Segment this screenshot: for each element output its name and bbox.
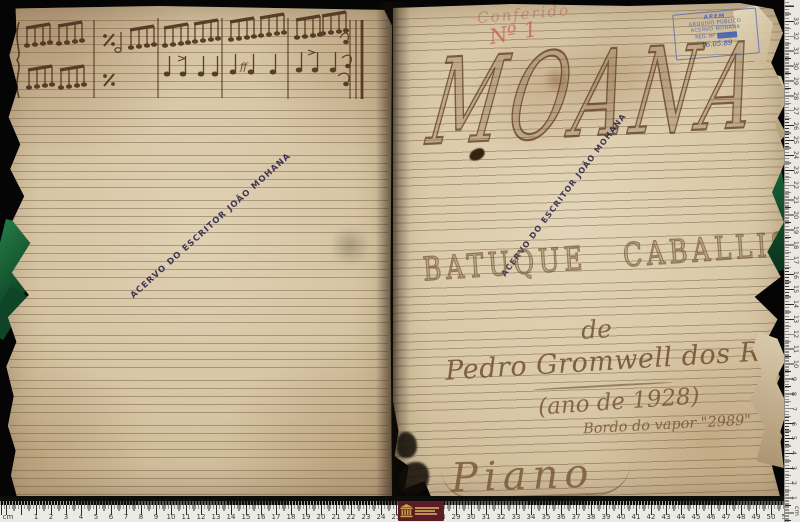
ruler-number: 11 [182,513,191,521]
ruler-number: 29 [452,513,461,521]
ruler-number: 12 [792,330,800,338]
ruler-number: 7 [790,407,798,411]
ruler-number: 29 [792,77,800,85]
ruler-number: 25 [792,136,800,144]
stain [543,65,569,95]
badge-text-lines [415,507,439,515]
ruler-number: 47 [722,513,731,521]
ruler-number: 16 [792,270,800,278]
ruler-number: 38 [587,513,596,521]
ruler-number: 17 [792,255,800,263]
ink-smudge [330,226,370,266]
book-gutter-shadow [376,2,410,500]
archive-watermark-stamp: ACERVO DO ESCRITOR JOÃO MOHANA [129,151,294,301]
ruler-number: 8 [139,513,143,521]
manuscript-right-page: Conferido Nº 1 APEM ARQUIVO PÚBLICO ACER… [393,3,787,501]
cover-subtitle: BATUQUE CABALLISTICO [422,219,800,288]
ruler-number: 22 [792,181,800,189]
ruler-number: 12 [197,513,206,521]
ruler-number: 13 [212,513,221,521]
ruler-number: 5 [94,513,98,521]
archive-logo-badge [398,501,444,521]
dynamic-marking: ff [239,62,249,73]
ruler-number: 35 [542,513,551,521]
ruler-number: 15 [792,285,800,293]
ruler-number: 49 [752,513,761,521]
ruler-number: 37 [572,513,581,521]
manuscript-left-page: ff ACERVO DO ESCRITOR JOÃO MOHANA [4,6,392,500]
building-icon [400,504,413,518]
ruler-number: 33 [512,513,521,521]
ruler-number: 41 [632,513,641,521]
manuscript-photograph: ff ACERVO DO ESCRITOR JOÃO MOHANA Confer… [0,0,800,522]
ruler-number: 6 [109,513,113,521]
torn-hole [399,462,429,496]
ruler-number: 10 [167,513,176,521]
ruler-number: 16 [257,513,266,521]
vertical-ruler: cm12345678910111213141516171819202122232… [784,0,800,522]
ruler-number: 20 [317,513,326,521]
ruler-number: 42 [647,513,656,521]
ruler-number: 34 [527,513,536,521]
ruler-number: 1 [34,513,38,521]
ruler-number: 14 [792,300,800,308]
ruler-number: 1 [790,496,798,500]
ruler-number: 40 [617,513,626,521]
ruler-number: 20 [792,211,800,219]
ruler-number: 24 [377,513,386,521]
ruler-number: 18 [792,241,800,249]
ruler-number: 8 [790,392,798,396]
ruler-number: 19 [792,226,800,234]
ruler-number: 9 [154,513,158,521]
cover-reference-note: Bordo do vapor "2989" [583,413,752,438]
signature-flourish [440,462,631,501]
ruler-number: 7 [124,513,128,521]
ruler-number: 23 [792,166,800,174]
ruler-number: 10 [792,360,800,368]
ruler-number: 3 [790,466,798,470]
ruler-number: 36 [557,513,566,521]
ruler-number: 14 [227,513,236,521]
ruler-number: 30 [467,513,476,521]
ruler-number: 26 [792,121,800,129]
ruler-number: 15 [242,513,251,521]
ruler-number: 2 [790,481,798,485]
ruler-number: 39 [602,513,611,521]
ruler-number: 32 [792,32,800,40]
ruler-number: 18 [287,513,296,521]
ruler-number: 11 [792,345,800,353]
ruler-number: 48 [737,513,746,521]
ruler-number: cm [793,506,800,516]
ruler-number: 24 [792,151,800,159]
ruler-number: 2 [49,513,53,521]
ruler-number: cm [3,513,14,521]
horizontal-ruler: cm12345678910111213141516171819202122232… [0,496,800,522]
ruler-number: 46 [707,513,716,521]
ruler-number: 43 [662,513,671,521]
ruler-number: 31 [792,47,800,55]
cover-author: Pedro Gromwell dos Reis [444,334,800,387]
ruler-number: 22 [347,513,356,521]
ruler-number: 21 [792,196,800,204]
ruler-number: 27 [792,106,800,114]
ruler-number: 32 [497,513,506,521]
ruler-number: 17 [272,513,281,521]
ruler-number: 45 [692,513,701,521]
ruler-number: 5 [790,436,798,440]
ruler-number: 4 [79,513,83,521]
cover-preposition: de [580,314,613,345]
ruler-number: 33 [792,17,800,25]
ruler-number: 4 [790,451,798,455]
torn-hole [397,432,417,458]
ruler-number: 44 [677,513,686,521]
ruler-number: 30 [792,62,800,70]
ruler-number: 13 [792,315,800,323]
ruler-number: 31 [482,513,491,521]
ruler-number: 19 [302,513,311,521]
ruler-number: 23 [362,513,371,521]
ruler-number: 6 [790,421,798,425]
ruler-number: 21 [332,513,341,521]
music-notation: ff [12,10,372,106]
ruler-number: 28 [792,92,800,100]
ruler-number: 50 [767,513,776,521]
ruler-number: 3 [64,513,68,521]
ruler-number: 9 [790,377,798,381]
